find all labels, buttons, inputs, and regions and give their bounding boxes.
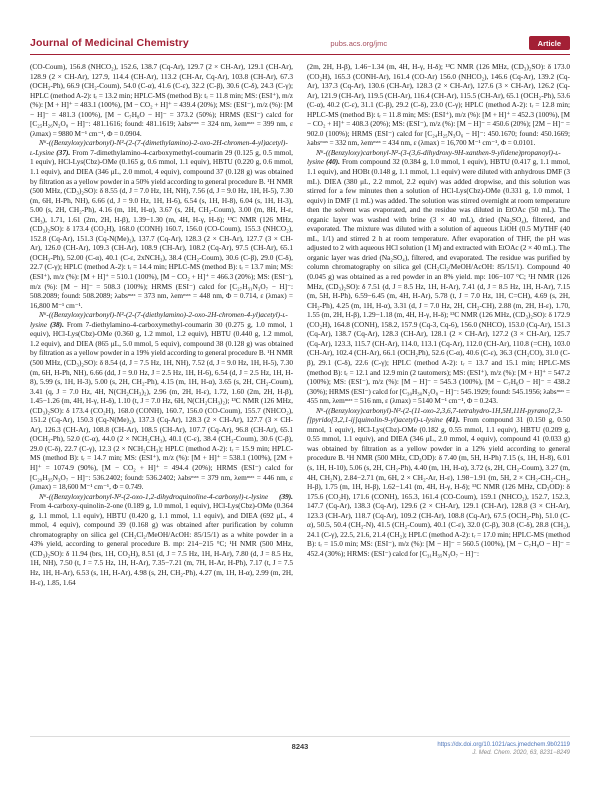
compound-39-title: N⁶-((Benzyloxy)carbonyl-N²-(2-oxo-1,2-di… [39, 492, 268, 501]
compound-40-paragraph: N⁶-((Benzyloxy)carbonyl-N²-(3-(3,6-dihyd… [307, 148, 570, 406]
doi-link[interactable]: https://dx.doi.org/10.1021/acs.jmedchem.… [437, 741, 570, 749]
journal-website-link[interactable]: pubs.acs.org/jmc [330, 39, 387, 48]
two-column-body: (CO-Coum), 156.8 (NHCO₂), 152.6, 138.7 (… [0, 55, 600, 730]
continuation-paragraph: (2m, 2H, H-β), 1.46−1.34 (m, 4H, H-γ, H-… [307, 62, 570, 148]
page-header: Journal of Medicinal Chemistry pubs.acs.… [0, 34, 600, 52]
page-footer: 8243 https://dx.doi.org/10.1021/acs.jmed… [30, 736, 570, 767]
citation-block: https://dx.doi.org/10.1021/acs.jmedchem.… [437, 741, 570, 757]
compound-41-paragraph: N⁶-((Benzyloxy)carbonyl)-N²-(2-(11-oxo-2… [307, 406, 570, 559]
right-column: (2m, 2H, H-β), 1.46−1.34 (m, 4H, H-γ, H-… [307, 62, 570, 730]
left-column: (CO-Coum), 156.8 (NHCO₂), 152.6, 138.7 (… [30, 62, 293, 730]
compound-38-paragraph: N⁶-((Benzyloxy)carbonyl)-N²-(2-(7-(dieth… [30, 310, 293, 491]
compound-38-number: (38). [50, 320, 64, 329]
compound-37-paragraph: N⁶-((Benzyloxy)carbonyl)-N²-(2-(7-(dimet… [30, 138, 293, 310]
compound-39-paragraph: N⁶-((Benzyloxy)carbonyl-N²-(2-oxo-1,2-di… [30, 492, 293, 587]
compound-37-number: (37). [56, 148, 70, 157]
compound-39-number: (39). [279, 492, 293, 501]
journal-title: Journal of Medicinal Chemistry [30, 37, 189, 49]
compound-40-number: (40). [326, 157, 340, 166]
article-page: Journal of Medicinal Chemistry pubs.acs.… [0, 0, 600, 785]
compound-41-number: (41). [446, 415, 460, 424]
continuation-paragraph: (CO-Coum), 156.8 (NHCO₂), 152.6, 138.7 (… [30, 62, 293, 138]
article-type-badge: Article [529, 36, 570, 50]
journal-citation: J. Med. Chem. 2020, 63, 8231−8249 [437, 749, 570, 757]
